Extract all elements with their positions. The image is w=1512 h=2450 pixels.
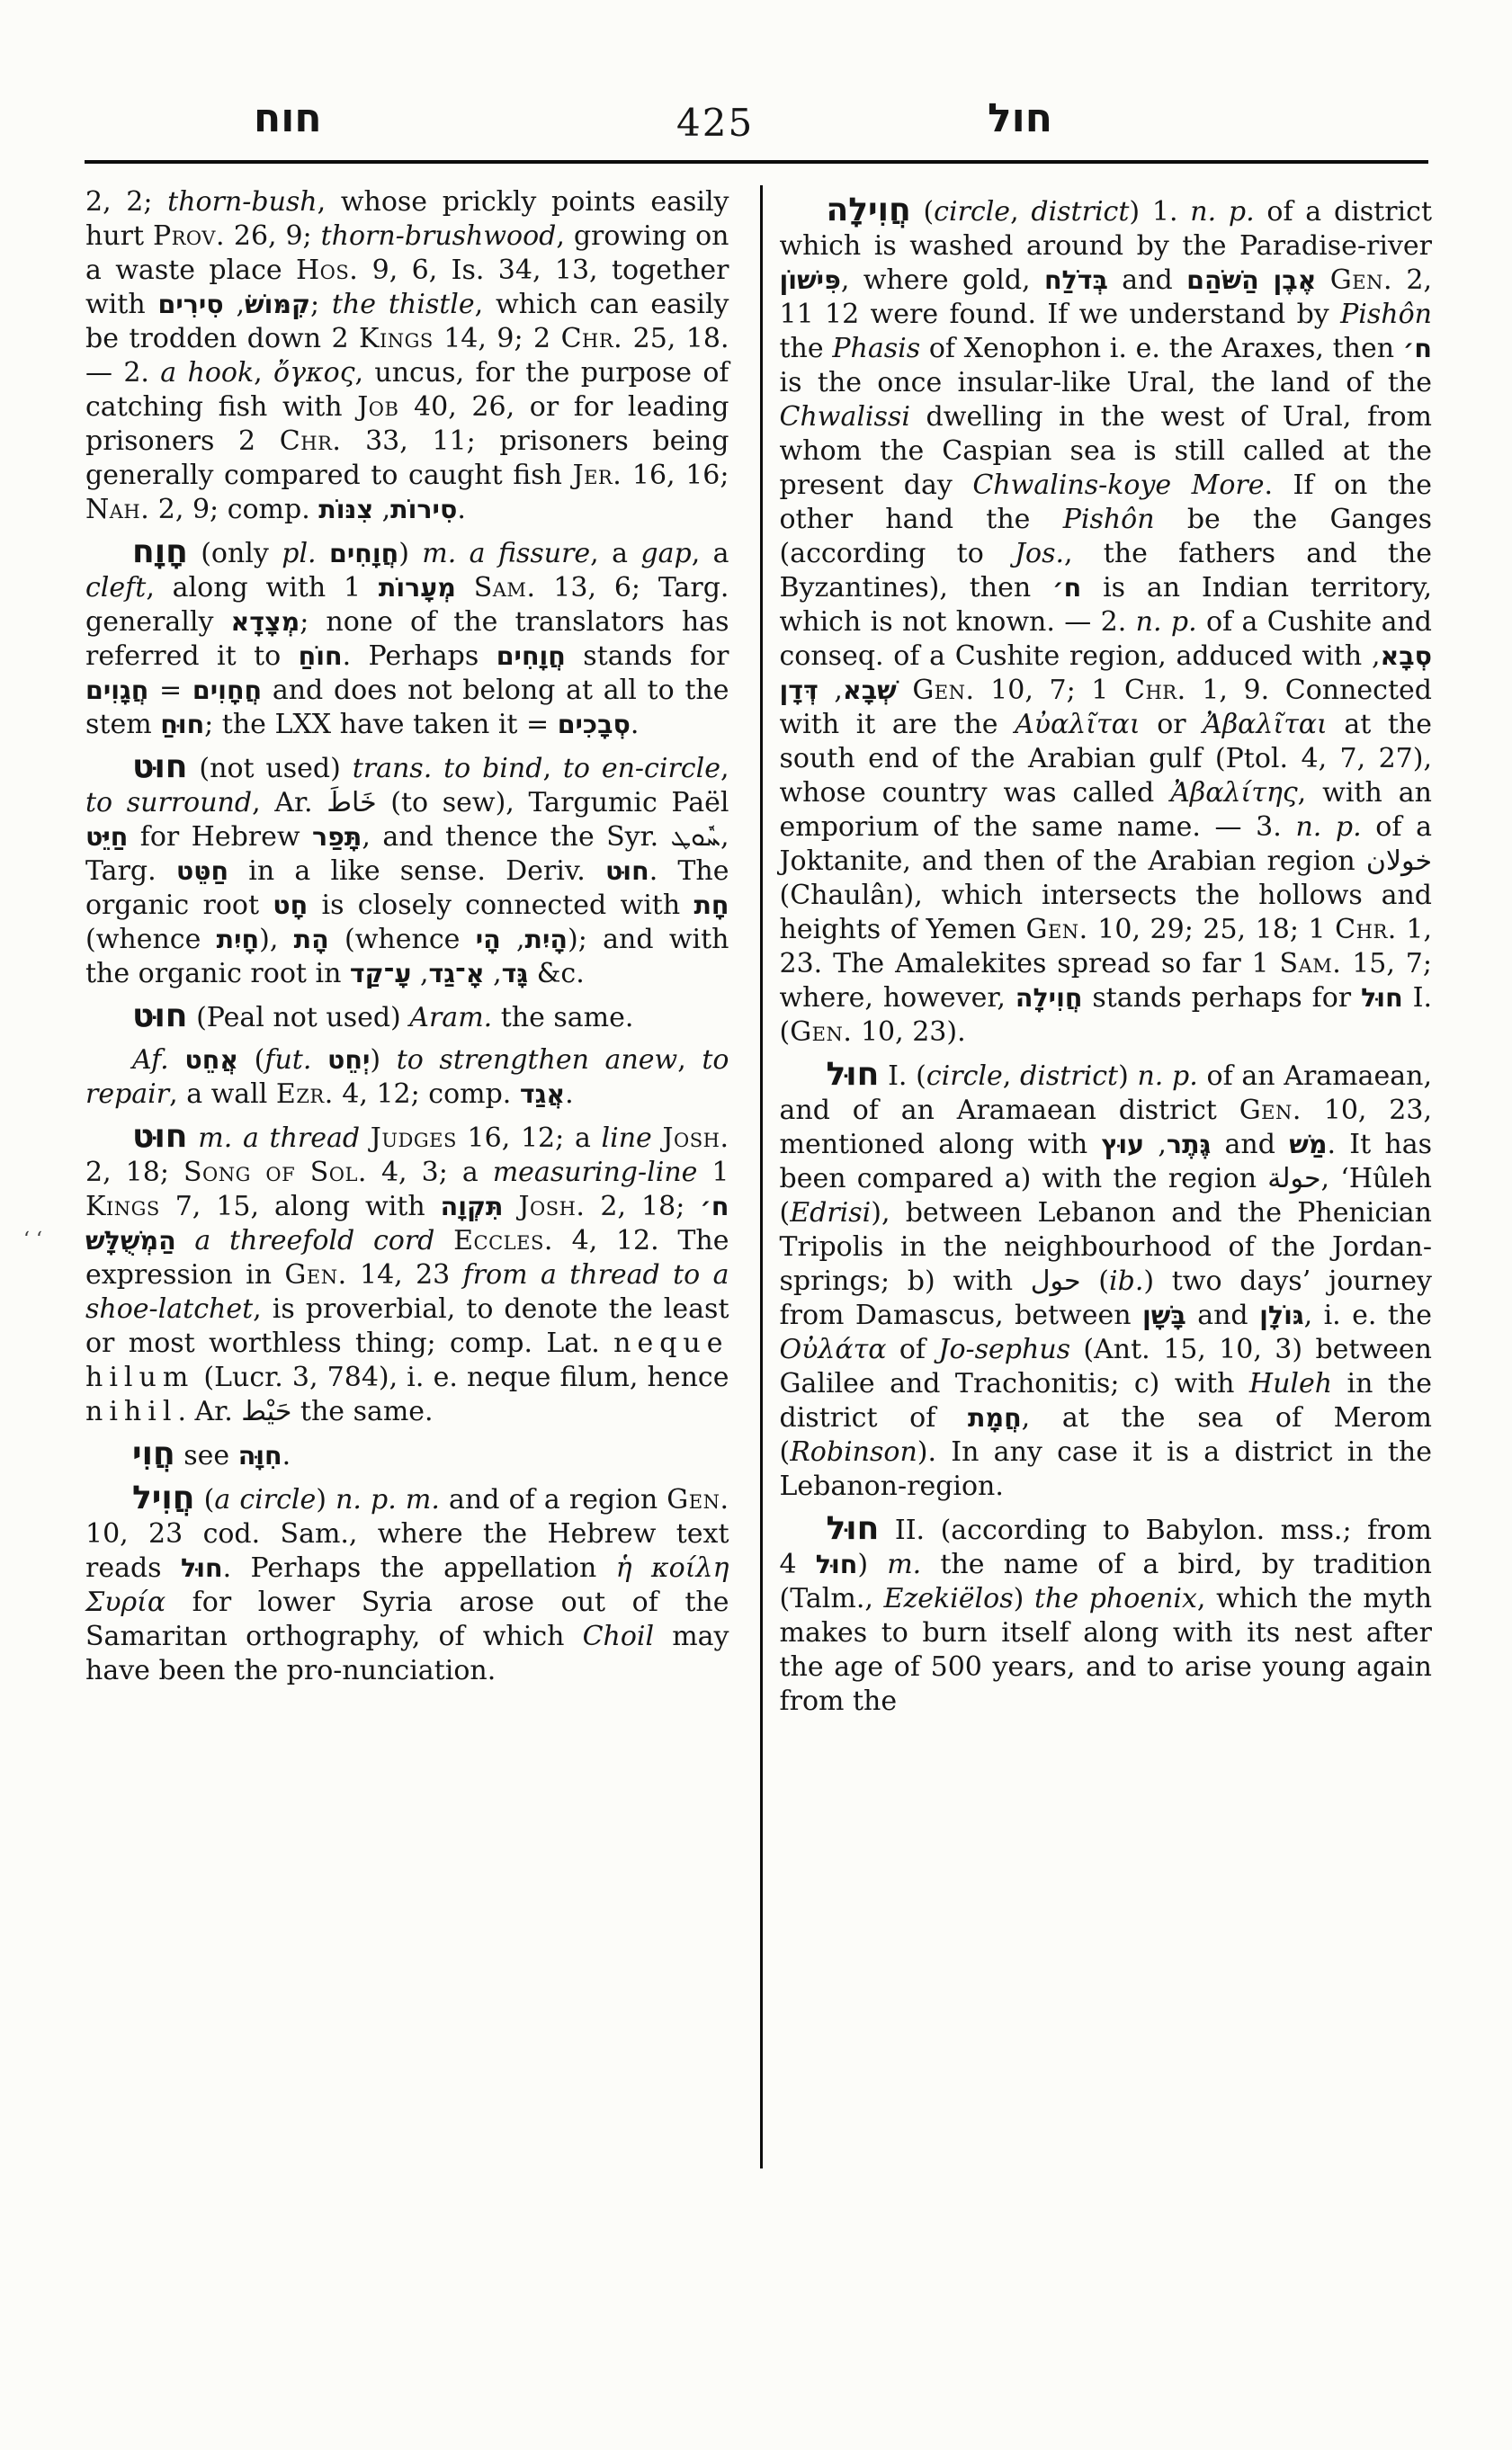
italic-text: a circle <box>214 1484 316 1516</box>
text-run: , <box>677 1044 702 1076</box>
italic-text: Aram. <box>409 1002 492 1033</box>
hebrew-text: אֶבֶן הַשֹּׁהַם <box>1186 265 1316 295</box>
text-run: 7, 15, along with <box>160 1191 441 1222</box>
text-run: of <box>886 1334 938 1365</box>
italic-text: m. <box>887 1549 921 1580</box>
text-run: , <box>224 289 245 320</box>
italic-text: thorn-brushwood <box>321 220 557 252</box>
italic-text: the thistle <box>332 289 475 320</box>
text-run: , <box>720 753 729 784</box>
hebrew-text: תָּפַר <box>312 822 362 852</box>
hebrew-text: אֲחֵט <box>184 1045 238 1075</box>
text-run: 14, 9; 2 <box>434 323 561 354</box>
hebrew-text: חָיִת <box>217 925 259 954</box>
hebrew-text: חֲוָחִים <box>497 641 566 671</box>
hebrew-headword: חוּט <box>132 997 188 1034</box>
arabic-text: حول <box>1031 1265 1081 1297</box>
italic-text: n. p. <box>1295 811 1361 843</box>
text-run <box>188 1122 199 1154</box>
smallcaps-reference: Sam. <box>1280 948 1342 979</box>
smallcaps-reference: Gen. <box>790 1016 852 1048</box>
text-run: ) <box>398 538 422 569</box>
smallcaps-reference: Josh. <box>518 1191 585 1222</box>
hebrew-text: חֲוִילָה <box>1015 983 1083 1013</box>
hebrew-text: מְעָרוֹת <box>379 573 456 603</box>
hebrew-headword: חוּל <box>827 1056 880 1093</box>
text-run: ) <box>1014 1583 1034 1614</box>
text-run: (whence <box>329 924 476 955</box>
text-run: in a like sense. Deriv. <box>228 855 605 887</box>
text-run: and of a region <box>440 1484 667 1516</box>
text-run <box>897 675 913 706</box>
greek-text: Αὐαλῖται <box>1015 709 1141 740</box>
text-run: (Lucr. 3, 784), i. e. neque filum, hence <box>194 1362 729 1393</box>
smallcaps-reference: Josh. <box>663 1122 729 1154</box>
hebrew-text: הָיִת <box>525 925 568 954</box>
text-run <box>176 1225 195 1256</box>
italic-text: circle <box>934 196 1010 228</box>
text-run: , and thence the Syr. <box>362 821 670 853</box>
letterspaced-text: hilum <box>85 1362 194 1393</box>
hebrew-headword: חוּט <box>132 1118 188 1155</box>
header-rule <box>85 160 1428 164</box>
text-run: = <box>148 675 192 706</box>
hebrew-headword: חֲוִי <box>132 1435 175 1472</box>
entry-paragraph: חֲוִיל (a circle) n. p. m. and of a regi… <box>85 1481 729 1688</box>
text-run: I. ( <box>879 1060 926 1092</box>
italic-text: Edrisi <box>790 1197 871 1229</box>
header-keyword-right: חול <box>988 99 1052 139</box>
text-run: 1 <box>697 1157 729 1188</box>
text-run: for Hebrew <box>128 821 312 853</box>
text-run: 4, 12; comp. <box>334 1078 520 1110</box>
text-run: ; <box>310 289 332 320</box>
hebrew-text: שְׁבָא <box>843 675 897 705</box>
text-run: . <box>565 1078 574 1110</box>
smallcaps-reference: Song of Sol. <box>183 1157 367 1188</box>
text-run <box>1316 264 1329 296</box>
hebrew-headword: חוּל <box>827 1510 880 1547</box>
hebrew-text: אָ־גַד <box>429 959 485 988</box>
text-columns: 2, 2; thorn-bush, whose prickly points e… <box>85 185 1432 2168</box>
text-run <box>434 1225 453 1256</box>
hebrew-text: גֶּתֶר <box>1167 1130 1211 1159</box>
smallcaps-reference: Nah. <box>85 494 149 525</box>
italic-text: Ezekiëlos <box>884 1583 1014 1614</box>
italic-text: Pishôn <box>1340 299 1432 330</box>
smallcaps-reference: Gen. <box>912 675 974 706</box>
italic-text: m. a fissure <box>422 538 590 569</box>
text-run: ) <box>370 1044 396 1076</box>
hebrew-text: אֲגַד <box>520 1079 565 1109</box>
italic-text: a threefold cord <box>194 1225 434 1256</box>
column-divider-rule <box>760 185 763 2168</box>
text-run: , a <box>590 538 640 569</box>
text-run <box>652 1122 663 1154</box>
text-run: ) <box>316 1484 336 1516</box>
text-run: 26, 9; <box>225 220 321 252</box>
text-run: ( <box>194 1484 214 1516</box>
smallcaps-reference: Gen. <box>284 1259 346 1291</box>
hebrew-headword: חָוָח <box>132 533 188 570</box>
hebrew-text: סִירוֹת <box>390 495 457 524</box>
text-run: . <box>282 1440 291 1471</box>
text-run: ( <box>911 196 934 228</box>
text-run: , a wall <box>169 1078 276 1110</box>
arabic-text: خولان <box>1366 845 1432 877</box>
text-run: , <box>542 753 562 784</box>
text-run: (to sew), Targumic Paël <box>377 787 729 818</box>
hebrew-text: עוּץ <box>1102 1130 1145 1159</box>
hebrew-text: חוּל <box>816 1550 858 1579</box>
smallcaps-reference: Ezr. <box>276 1078 334 1110</box>
smallcaps-reference: Gen. <box>1239 1095 1302 1126</box>
hebrew-headword: חֲוִילָה <box>827 192 911 228</box>
hebrew-text: תִּקְוָה <box>441 1192 504 1221</box>
smallcaps-reference: Chr. <box>1124 675 1186 706</box>
text-run: ) 1. <box>1129 196 1190 228</box>
greek-text: Ἀβαλίτης <box>1170 777 1297 809</box>
hebrew-text: חָת <box>693 890 729 920</box>
hebrew-text: חֲמָת <box>968 1403 1022 1433</box>
text-run <box>169 1044 185 1076</box>
italic-text: circle <box>926 1060 1003 1092</box>
hebrew-text: מַשׁ <box>1289 1130 1327 1159</box>
smallcaps-reference: Gen. <box>667 1484 729 1516</box>
italic-text: cleft <box>85 572 146 604</box>
italic-text: Huleh <box>1249 1368 1332 1399</box>
text-run: . Perhaps <box>343 640 497 672</box>
italic-text: Chwalins-koye More <box>972 469 1264 501</box>
text-run: . <box>631 709 640 740</box>
hebrew-text: סְבָכִים <box>558 710 631 739</box>
arabic-text: حَيْط <box>241 1396 291 1427</box>
text-run: &c. <box>528 958 585 989</box>
smallcaps-reference: Chr. <box>561 323 623 354</box>
italic-text: to strengthen anew <box>397 1044 678 1076</box>
text-run: (Peal not used) <box>188 1002 410 1033</box>
italic-text: thorn-bush <box>167 186 317 218</box>
scan-margin-specks: ʻ ʻ <box>23 1229 104 1251</box>
hebrew-text: דְּדָן <box>780 675 819 705</box>
text-run: stands for <box>566 640 729 672</box>
hebrew-text: חַטֵּט <box>176 856 228 886</box>
text-run: , <box>819 675 843 706</box>
italic-text: pl. <box>282 538 316 569</box>
smallcaps-reference: Chr. <box>1335 914 1397 945</box>
entry-paragraph: חָוָח (only pl. חֲוָחִים) m. a fissure, … <box>85 535 729 742</box>
left-column: 2, 2; thorn-bush, whose prickly points e… <box>85 185 729 1688</box>
greek-text: ὄγκος <box>273 357 355 389</box>
text-run: the <box>780 333 833 364</box>
hebrew-text: גָּד <box>502 959 529 988</box>
hebrew-text: מְצָדָא <box>231 607 300 637</box>
italic-text: fut. <box>264 1044 311 1076</box>
text-run: and <box>1186 1300 1259 1331</box>
text-run: 10, 7; 1 <box>975 675 1124 706</box>
text-run: 10, 29; 25, 18; 1 <box>1088 914 1335 945</box>
entry-paragraph: חוּט m. a thread Judges 16, 12; a line J… <box>85 1120 729 1429</box>
entry-paragraph: חוּל I. (circle, district) n. p. of an A… <box>780 1058 1433 1504</box>
text-run: 4, 3; a <box>367 1157 493 1188</box>
text-run: 16, 12; a <box>457 1122 602 1154</box>
text-run: , <box>411 958 428 989</box>
italic-text: gap <box>640 538 691 569</box>
italic-text: n. p. <box>1137 1060 1197 1092</box>
text-run <box>232 1122 243 1154</box>
smallcaps-reference: Eccles. <box>453 1225 553 1256</box>
header-keyword-left: חוח <box>254 99 322 139</box>
italic-text: district <box>1020 1060 1118 1092</box>
text-run: 2, 18; <box>585 1191 700 1222</box>
italic-text: trans. to bind <box>353 753 543 784</box>
entry-paragraph: חֲוִי see חִוָּה. <box>85 1437 729 1473</box>
text-run: , along with <box>146 572 344 604</box>
smallcaps-reference: Hos. <box>296 255 358 286</box>
hebrew-text: הָי <box>476 925 501 954</box>
text-run: the same. <box>291 1396 433 1427</box>
hebrew-text: חֲגָוִים <box>85 675 148 705</box>
text-run: (not used) <box>188 753 353 784</box>
smallcaps-reference: Kings <box>359 323 434 354</box>
italic-text: to en-circle <box>563 753 720 784</box>
italic-text: Choil <box>583 1621 655 1652</box>
hebrew-headword: חוּט <box>132 748 188 785</box>
hebrew-text: חֲחָוִים <box>192 675 262 705</box>
italic-text: Jo-sephus <box>938 1334 1070 1365</box>
text-run: II. (according to Babylon. mss.; from <box>879 1515 1432 1546</box>
entry-paragraph: חֲוִילָה (circle, district) 1. n. p. of … <box>780 193 1433 1050</box>
italic-text: ib. <box>1109 1265 1143 1297</box>
text-run: , <box>1010 196 1031 228</box>
text-run: 14, 23 <box>347 1259 463 1291</box>
hebrew-text: עָ־קַד <box>350 959 412 988</box>
italic-text: n. p. m. <box>336 1484 440 1516</box>
italic-text: a hook <box>160 357 254 389</box>
hebrew-text: חַיֵּט <box>85 822 128 852</box>
italic-text: a thread <box>243 1122 360 1154</box>
text-run: ( <box>1081 1265 1109 1297</box>
text-run: 2, 18; <box>85 1157 183 1188</box>
smallcaps-reference: Judges <box>371 1122 457 1154</box>
hebrew-text: ח׳ <box>1403 334 1432 363</box>
smallcaps-reference: Job <box>357 391 398 423</box>
smallcaps-reference: Sam. <box>474 572 536 604</box>
text-run: , <box>501 924 525 955</box>
entry-paragraph: חוּל II. (according to Babylon. mss.; fr… <box>780 1512 1433 1719</box>
right-column: חֲוִילָה (circle, district) 1. n. p. of … <box>780 185 1433 1719</box>
text-run: . <box>457 494 466 525</box>
hebrew-text: חָט <box>273 890 308 920</box>
greek-text: Οὐλάτα <box>780 1334 887 1365</box>
text-run: ; the LXX have taken it = <box>204 709 558 740</box>
text-run: (only <box>188 538 282 569</box>
italic-text: Phasis <box>832 333 920 364</box>
entry-paragraph: חוּט (not used) trans. to bind, to en-ci… <box>85 750 729 991</box>
italic-text: Af. <box>132 1044 169 1076</box>
hebrew-text: בָּשָׁן <box>1142 1301 1186 1330</box>
italic-text: n. p. <box>1136 606 1197 638</box>
smallcaps-reference: Gen. <box>1025 914 1087 945</box>
entry-paragraph: Af. אֲחֵט (fut. יְחֵט) to strengthen ane… <box>85 1043 729 1112</box>
hebrew-text: סְבָא <box>1380 641 1432 671</box>
smallcaps-reference: Gen. <box>1330 264 1392 296</box>
text-run: and <box>1108 264 1186 296</box>
greek-text: Ἀβαλῖται <box>1203 709 1328 740</box>
dictionary-page: חוח 425 חול 2, 2; thorn-bush, whose pric… <box>0 0 1512 2450</box>
text-run: of Xenophon i. e. the Araxes, then <box>920 333 1403 364</box>
text-run: stands perhaps for <box>1082 982 1361 1014</box>
text-run: ( <box>238 1044 264 1076</box>
hebrew-text: חֲוָחִים <box>329 539 398 568</box>
hebrew-text: חִוָּה <box>238 1441 282 1471</box>
arabic-text: حولة <box>1267 1163 1320 1194</box>
smallcaps-reference: Prov. <box>153 220 225 252</box>
italic-text: line <box>602 1122 652 1154</box>
page-number: 425 <box>676 104 754 142</box>
arabic-text: خَاطَ <box>327 787 376 818</box>
italic-text: Chwalissi <box>780 401 910 433</box>
letterspaced-text: neque <box>613 1328 729 1359</box>
smallcaps-reference: Jer. <box>573 460 622 491</box>
text-run: the same. <box>492 1002 633 1033</box>
hebrew-text: יְחֵט <box>327 1045 370 1075</box>
italic-text: n. p. <box>1190 196 1254 228</box>
hebrew-headword: חֲוִיל <box>132 1480 194 1516</box>
italic-text: the phoenix <box>1034 1583 1197 1614</box>
text-run: 10, 23). <box>852 1016 965 1048</box>
text-run: , <box>485 958 502 989</box>
hebrew-text: חוּחַ <box>160 710 204 739</box>
text-run: (whence <box>85 924 217 955</box>
text-run: ) <box>1118 1060 1137 1092</box>
text-run: is closely connected with <box>308 890 693 921</box>
entry-paragraph: 2, 2; thorn-bush, whose prickly points e… <box>85 185 729 527</box>
italic-text: to surround <box>85 787 252 818</box>
hebrew-text: חוֹחַ <box>299 641 343 671</box>
text-run: or <box>1141 709 1203 740</box>
text-run: , where gold, <box>841 264 1044 296</box>
text-run: , <box>1144 1129 1167 1160</box>
italic-text: measuring-line <box>493 1157 698 1188</box>
syriac-text: ܚܽܘܛ <box>671 822 720 852</box>
text-run: , Ar. <box>252 787 327 818</box>
smallcaps-reference: Chr. <box>280 425 342 457</box>
text-run <box>503 1191 518 1222</box>
text-run: see <box>175 1440 238 1471</box>
hebrew-text: חוּל <box>181 1553 223 1583</box>
letterspaced-text: nihil <box>85 1396 177 1427</box>
italic-text: district <box>1031 196 1129 228</box>
entry-paragraph: חוּט (Peal not used) Aram. the same. <box>85 999 729 1035</box>
text-run <box>311 1044 327 1076</box>
italic-text: m. <box>198 1122 232 1154</box>
text-run: is the once insular-like Ural, the land … <box>780 367 1433 398</box>
text-run: , <box>254 357 273 389</box>
hebrew-text: צִנּוֹת <box>318 495 373 524</box>
hebrew-text: סִירִים <box>157 290 223 319</box>
text-run: , i. e. the <box>1304 1300 1432 1331</box>
text-run <box>360 1122 371 1154</box>
text-run: , <box>1003 1060 1020 1092</box>
hebrew-text: קִמּוֹשׂ <box>245 290 310 319</box>
text-run: , a <box>692 538 729 569</box>
text-run: 2, 9; comp. <box>149 494 318 525</box>
text-run: 2, 2; <box>85 186 167 218</box>
text-run: 16, 16; <box>622 460 729 491</box>
hebrew-text: בְּדֹלַח <box>1044 265 1108 295</box>
text-run <box>317 538 329 569</box>
smallcaps-reference: Kings <box>85 1191 160 1222</box>
hebrew-text: פִּישׁוֹן <box>780 265 841 295</box>
text-run: . Perhaps the appellation <box>223 1552 616 1584</box>
text-run: and <box>1211 1129 1289 1160</box>
italic-text: Pishôn <box>1063 504 1155 535</box>
hebrew-text: חוּט <box>605 856 649 886</box>
hebrew-text: חוּל <box>1361 983 1403 1013</box>
text-run: . Ar. <box>177 1396 241 1427</box>
text-run: ), <box>259 924 294 955</box>
hebrew-text: הָת <box>294 925 329 954</box>
text-run: , <box>373 494 390 525</box>
hebrew-text: גּוֹלָן <box>1259 1301 1304 1330</box>
italic-text: Jos. <box>1015 538 1064 569</box>
hebrew-text: ח׳ <box>1052 573 1081 603</box>
italic-text: Robinson <box>790 1436 917 1468</box>
